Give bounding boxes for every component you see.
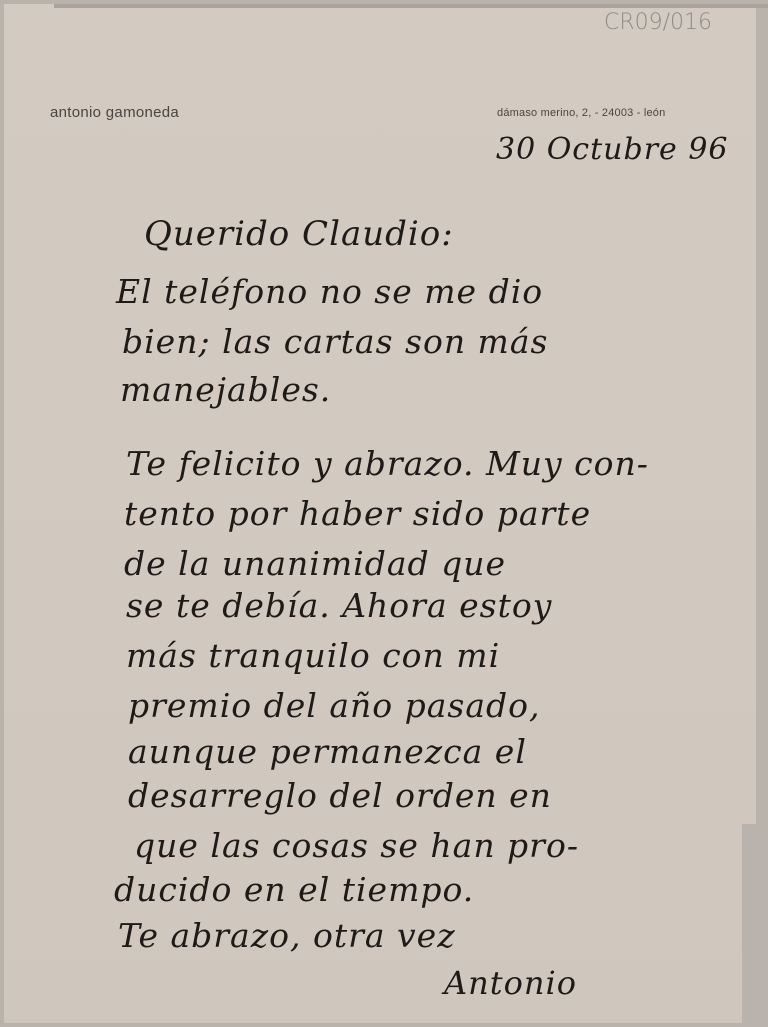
body-line: se te debía. Ahora estoy xyxy=(126,586,552,625)
scan-edge xyxy=(54,4,768,8)
body-line: El teléfono no se me dio xyxy=(116,272,543,311)
body-line: ducido en el tiempo. xyxy=(114,870,474,909)
archive-reference: CR09/016 xyxy=(604,10,712,35)
body-line: desarreglo del orden en xyxy=(128,776,552,815)
body-line: aunque permanezca el xyxy=(128,732,527,771)
body-line: Te felicito y abrazo. Muy con- xyxy=(126,444,649,483)
closing-line: Te abrazo, otra vez xyxy=(118,916,456,955)
letter-sheet: CR09/016 antonio gamoneda dámaso merino,… xyxy=(4,4,756,1023)
body-line: bien; las cartas son más xyxy=(122,322,548,361)
letter-date: 30 Octubre 96 xyxy=(496,132,729,167)
letterhead-address: dámaso merino, 2, - 24003 - león xyxy=(497,107,665,119)
signature: Antonio xyxy=(444,964,577,1002)
body-line: que las cosas se han pro- xyxy=(134,826,579,865)
scan-edge-right xyxy=(742,824,756,1023)
salutation: Querido Claudio: xyxy=(144,214,454,254)
body-line: manejables. xyxy=(120,370,331,409)
body-line: más tranquilo con mi xyxy=(126,636,500,675)
body-line: de la unanimidad que xyxy=(124,544,506,583)
body-line: tento por haber sido parte xyxy=(124,494,591,533)
letterhead-name: antonio gamoneda xyxy=(50,104,179,121)
body-line: premio del año pasado, xyxy=(128,686,541,725)
